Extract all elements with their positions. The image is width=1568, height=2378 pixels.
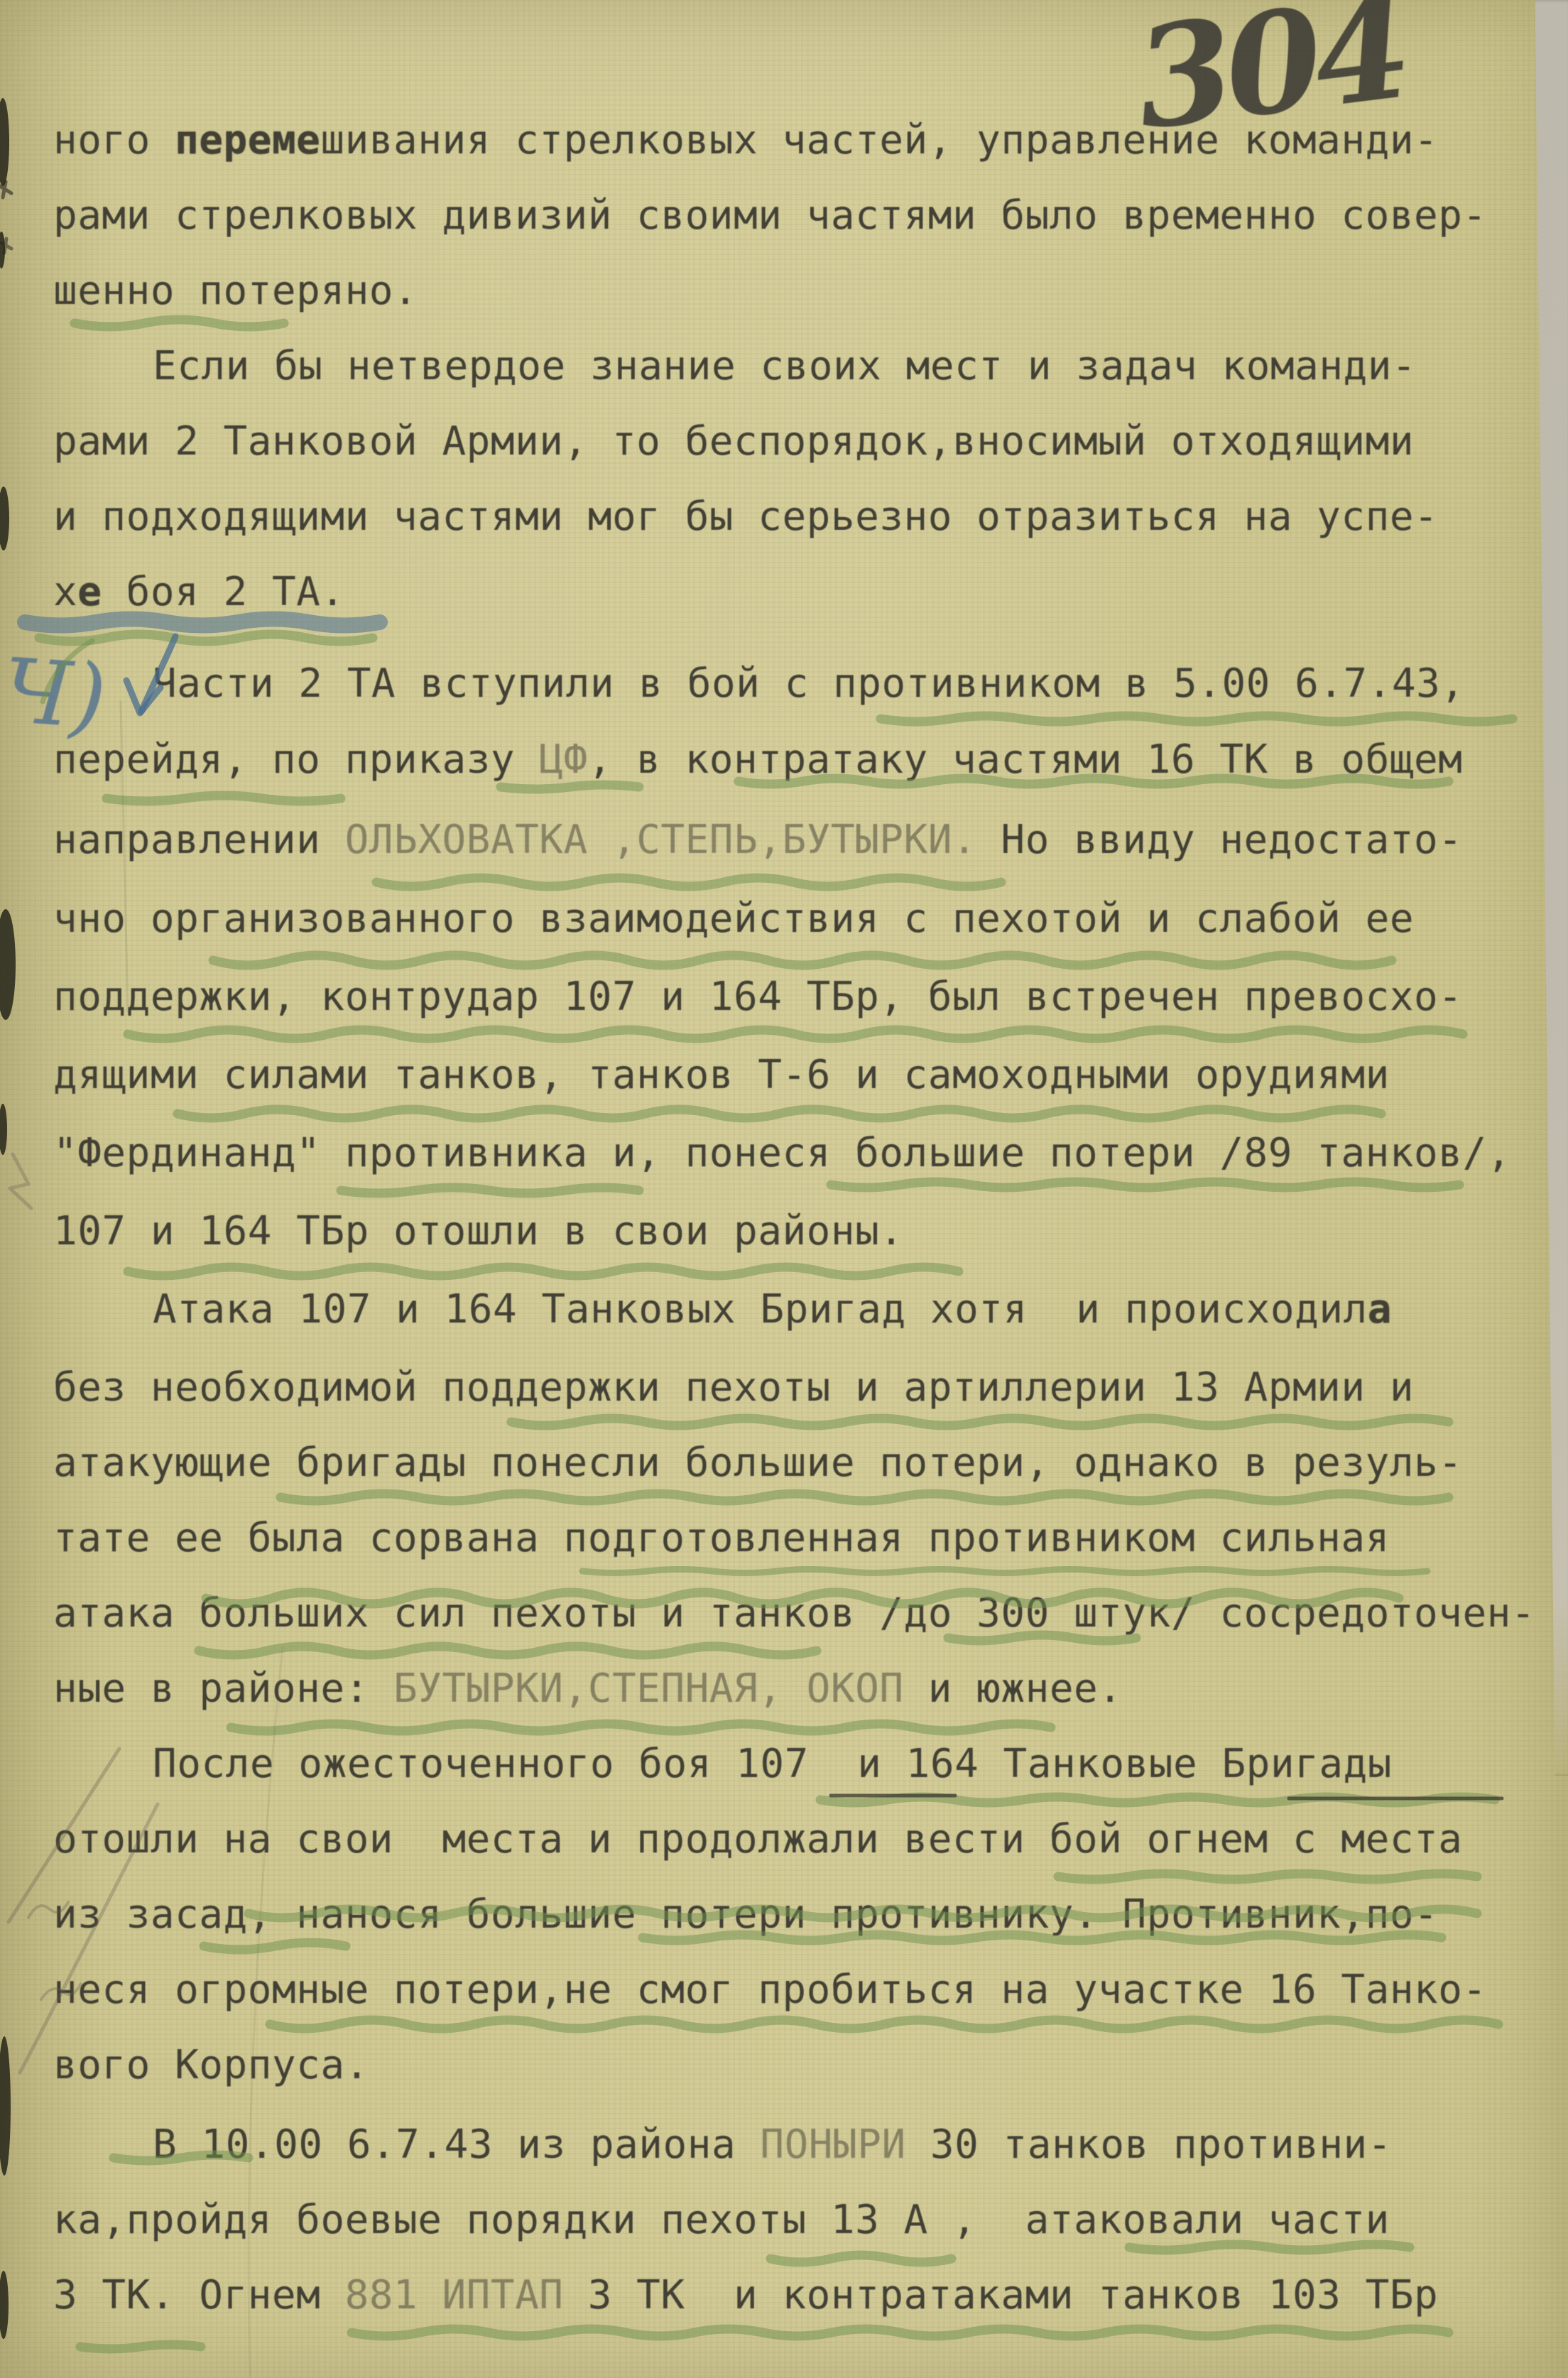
paper-edge-blob bbox=[0, 487, 9, 550]
text-segment: ОЛЬХОВАТКА ,СТЕПЬ,БУТЫРКИ. bbox=[345, 817, 977, 863]
text-line: вого Корпуса. bbox=[53, 2046, 369, 2085]
text-line: ного перемешивания стрелковых частей, уп… bbox=[53, 121, 1438, 161]
text-line: рами 2 Танковой Армии, то беспорядок,вно… bbox=[53, 422, 1414, 462]
paper-edge-blob bbox=[0, 2036, 11, 2176]
text-segment: ЦФ bbox=[539, 737, 587, 783]
text-segment: ные в районе: bbox=[53, 1666, 393, 1712]
text-segment: 3 ТК. Огнем bbox=[53, 2272, 345, 2318]
edge-tick-2 bbox=[1, 239, 11, 253]
text-line: направлении ОЛЬХОВАТКА ,СТЕПЬ,БУТЫРКИ. Н… bbox=[53, 820, 1462, 860]
text-segment: а bbox=[1368, 1286, 1392, 1332]
green-pencil-underline bbox=[831, 1182, 1459, 1188]
text-line: Если бы нетвердое знание своих мест и за… bbox=[153, 347, 1416, 386]
text-line: без необходимой поддержки пехоты и артил… bbox=[53, 1368, 1414, 1408]
green-pencil-underline bbox=[75, 320, 284, 327]
green-pencil-underline bbox=[771, 2255, 952, 2262]
green-pencil-underline bbox=[204, 1943, 346, 1950]
text-segment: рами 2 Танковой Армии, то беспорядок,вно… bbox=[53, 418, 1414, 465]
green-pencil-underline bbox=[820, 1797, 1495, 1803]
text-line: ные в районе: БУТЫРКИ,СТЕПНАЯ, ОКОП и юж… bbox=[53, 1669, 1122, 1709]
green-pencil-underline bbox=[511, 1418, 1449, 1426]
text-segment: ного bbox=[53, 117, 175, 163]
text-segment: чно организованного взаимодействия с пех… bbox=[53, 896, 1414, 942]
text-segment: неся огромные потери,не смог пробиться н… bbox=[53, 1967, 1487, 2013]
green-pencil-underline bbox=[213, 955, 1392, 965]
text-segment: 107 и 164 ТБр отошли в свои районы. bbox=[53, 1208, 904, 1254]
paper-edge-blob bbox=[0, 232, 5, 268]
text-line: из засад, нанося большие потери противни… bbox=[53, 1895, 1438, 1935]
text-segment: направлении bbox=[53, 817, 345, 863]
text-line: атакующие бригады понесли большие потери… bbox=[53, 1443, 1462, 1483]
text-segment: В 10.00 6.7.43 из района bbox=[153, 2122, 760, 2168]
text-segment: 30 танков противни- bbox=[906, 2122, 1392, 2168]
text-segment: шенно потеряно. bbox=[53, 268, 418, 314]
text-segment: перейдя, по приказу bbox=[53, 737, 539, 783]
text-segment: "Фердинанд" противника и, понеся большие… bbox=[53, 1130, 1511, 1176]
text-segment: Но ввиду недостато- bbox=[976, 817, 1462, 863]
text-segment: Атака 107 и 164 Танковых Бригад хотя и п… bbox=[153, 1286, 1368, 1332]
text-segment: дящими силами танков, танков Т-6 и самох… bbox=[53, 1052, 1390, 1098]
edge-tick-1 bbox=[0, 182, 11, 197]
text-segment: переме bbox=[175, 117, 320, 163]
green-pencil-underline bbox=[341, 1188, 639, 1193]
text-segment: Части 2 ТА вступили в бой с противником … bbox=[153, 661, 1465, 707]
text-segment: ка,пройдя боевые порядки пехоты 13 А , а… bbox=[53, 2197, 1390, 2243]
green-pencil-underline bbox=[39, 634, 373, 641]
blue-pencil-underline bbox=[25, 619, 380, 626]
green-pencil-underline bbox=[178, 1109, 1381, 1118]
green-pencil-underline bbox=[80, 2345, 201, 2349]
text-segment: атакующие бригады понесли большие потери… bbox=[53, 1440, 1462, 1486]
text-segment: 3 ТК и контратаками танков 103 ТБр bbox=[564, 2272, 1439, 2318]
text-line: отошли на свои места и продолжали вести … bbox=[53, 1820, 1462, 1859]
paper-edge-blob bbox=[0, 1104, 7, 1155]
green-pencil-underline bbox=[128, 1030, 1463, 1038]
text-line: В 10.00 6.7.43 из района ПОНЫРИ 30 танко… bbox=[153, 2125, 1392, 2165]
text-line: рами стрелковых дивизий своими частями б… bbox=[53, 196, 1487, 236]
text-segment: рами стрелковых дивизий своими частями б… bbox=[53, 192, 1487, 239]
text-line: ка,пройдя боевые порядки пехоты 13 А , а… bbox=[53, 2200, 1390, 2240]
green-pencil-underline bbox=[231, 1724, 1051, 1731]
text-line: дящими силами танков, танков Т-6 и самох… bbox=[53, 1055, 1390, 1095]
text-segment: х bbox=[53, 569, 77, 615]
text-segment: шивания стрелковых частей, управление ко… bbox=[320, 117, 1438, 163]
margin-pencil-mark bbox=[10, 1154, 31, 1208]
text-segment: е bbox=[77, 569, 102, 615]
text-line: неся огромные потери,не смог пробиться н… bbox=[53, 1970, 1487, 2010]
text-line: атака больших сил пехоты и танков /до 30… bbox=[53, 1594, 1535, 1634]
green-pencil-underline bbox=[1129, 2244, 1410, 2250]
handwritten-margin-note: Ч) bbox=[0, 639, 109, 749]
text-line: хе боя 2 ТА. bbox=[53, 572, 345, 612]
text-segment: , в контратаку частями 16 ТК в общем bbox=[588, 737, 1463, 783]
green-pencil-underline bbox=[199, 1646, 817, 1655]
text-line: тате ее была сорвана подготовленная прот… bbox=[53, 1519, 1390, 1558]
paper-edge-blob bbox=[0, 98, 9, 186]
green-pencil-underline bbox=[376, 878, 1001, 886]
text-line: 3 ТК. Огнем 881 ИПТАП 3 ТК и контратакам… bbox=[53, 2276, 1438, 2315]
scan-background-edge bbox=[1530, 0, 1568, 1776]
text-segment: После ожесточенного боя 107 и 164 Танков… bbox=[153, 1741, 1392, 1787]
text-segment: боя 2 ТА. bbox=[102, 569, 344, 615]
text-segment: и подходящими частями мог бы серьезно от… bbox=[53, 494, 1438, 540]
text-segment: отошли на свои места и продолжали вести … bbox=[53, 1816, 1462, 1862]
text-line: и подходящими частями мог бы серьезно от… bbox=[53, 497, 1438, 537]
green-pencil-underline bbox=[1058, 1874, 1477, 1879]
green-pencil-underline bbox=[352, 2329, 1449, 2336]
text-segment: тате ее была сорвана подготовленная прот… bbox=[53, 1515, 1390, 1561]
green-pencil-underline bbox=[270, 2020, 1498, 2029]
text-segment: Если бы нетвердое знание своих мест и за… bbox=[153, 343, 1416, 389]
text-line: Части 2 ТА вступили в бой с противником … bbox=[153, 664, 1465, 704]
paper-edge-blob bbox=[0, 909, 16, 1020]
text-segment: 881 ИПТАП bbox=[345, 2272, 564, 2318]
text-line: 107 и 164 ТБр отошли в свои районы. bbox=[53, 1212, 904, 1252]
text-segment: из засад, нанося большие потери противни… bbox=[53, 1891, 1438, 1938]
text-segment: поддержки, контрудар 107 и 164 ТБр, был … bbox=[53, 974, 1462, 1020]
text-line: "Фердинанд" противника и, понеся большие… bbox=[53, 1134, 1511, 1173]
green-pencil-underline bbox=[881, 716, 1513, 722]
text-segment: без необходимой поддержки пехоты и артил… bbox=[53, 1364, 1414, 1411]
text-line: чно организованного взаимодействия с пех… bbox=[53, 899, 1414, 939]
text-line: перейдя, по приказу ЦФ, в контратаку час… bbox=[53, 740, 1462, 780]
text-segment: ПОНЫРИ bbox=[760, 2122, 905, 2168]
text-segment: вого Корпуса. bbox=[53, 2042, 369, 2088]
green-pencil-underline bbox=[501, 785, 639, 789]
text-segment: атака больших сил пехоты и танков /до 30… bbox=[53, 1590, 1535, 1636]
text-line: шенно потеряно. bbox=[53, 271, 418, 311]
text-line: поддержки, контрудар 107 и 164 ТБр, был … bbox=[53, 977, 1462, 1017]
text-segment: БУТЫРКИ,СТЕПНАЯ, ОКОП bbox=[393, 1666, 904, 1712]
text-line: Атака 107 и 164 Танковых Бригад хотя и п… bbox=[153, 1290, 1392, 1330]
green-pencil-underline bbox=[107, 796, 341, 801]
green-pencil-underline bbox=[128, 1267, 959, 1276]
text-segment: и южнее. bbox=[904, 1666, 1123, 1712]
paper-edge-blob bbox=[0, 2271, 9, 2339]
green-pencil-underline bbox=[582, 1570, 1427, 1573]
document-page: 304 Ч) ного перемешивания стрелковых час… bbox=[0, 0, 1568, 2378]
green-pencil-underline bbox=[281, 1494, 1449, 1501]
text-line: После ожесточенного боя 107 и 164 Танков… bbox=[153, 1744, 1392, 1784]
